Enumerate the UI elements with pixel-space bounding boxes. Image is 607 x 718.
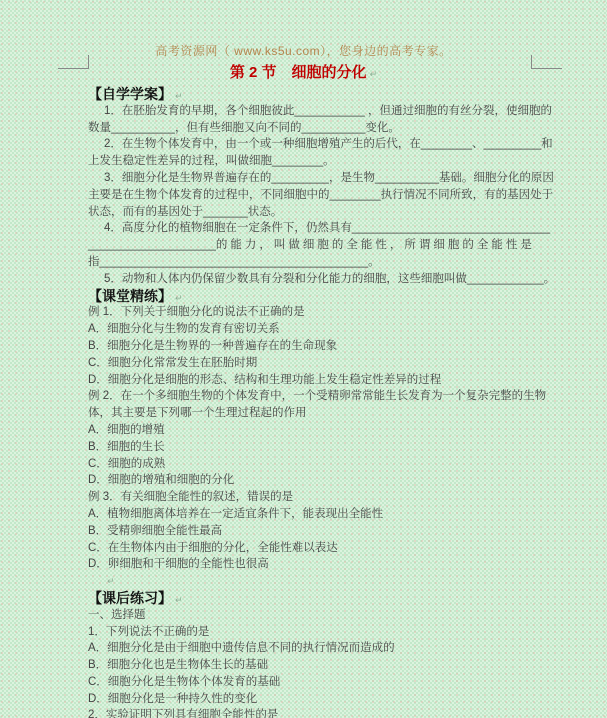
text-line-content: 体，其主要是下列哪一个生理过程起的作用: [88, 407, 307, 419]
text-line: C．在生物体内由于细胞的分化，全能性难以表达: [88, 540, 558, 557]
text-line: 一、选择题: [88, 607, 558, 624]
text-line: 5．动物和人体内仍保留少数具有分裂和分化能力的细胞，这些细胞叫做________…: [88, 271, 558, 288]
text-line-content: 【自学学案】: [88, 86, 172, 102]
paragraph-mark-icon: ↵: [175, 293, 183, 303]
text-line-content: B．细胞分化是生物界的一种普遍存在的生命现象: [88, 340, 337, 352]
document-page: 高考资源网（ www.ks5u.com），您身边的高考专家。 第 2 节 细胞的…: [0, 0, 607, 718]
text-line-content: 4．高度分化的植物细胞在一定条件下，仍然具有__________________…: [104, 222, 550, 234]
text-line-content: 1．下列说法不正确的是: [88, 626, 209, 638]
text-line: D．细胞的增殖和细胞的分化: [88, 472, 558, 489]
text-line: B．细胞分化是生物界的一种普遍存在的生命现象: [88, 338, 558, 355]
text-line: 状态，而有的基因处于_______状态。: [88, 204, 558, 221]
text-line: C．细胞分化常常发生在胚胎时期: [88, 355, 558, 372]
text-line-content: 2．实验证明下列具有细胞全能性的是: [88, 709, 278, 718]
text-line: 3．细胞分化是生物界普遍存在的_________，是生物__________基础…: [88, 170, 558, 187]
text-line-content: 【课堂精练】: [88, 288, 172, 304]
page-title: 第 2 节 细胞的分化↵: [0, 61, 607, 82]
watermark-header: 高考资源网（ www.ks5u.com），您身边的高考专家。: [0, 42, 607, 59]
text-line-content: 指_______________________________________…: [88, 256, 380, 268]
text-line-content: B．细胞的生长: [88, 441, 165, 453]
text-line: 体，其主要是下列哪一个生理过程起的作用: [88, 405, 558, 422]
blank-underline: ____________________: [88, 239, 216, 251]
text-line-content: D．卵细胞和干细胞的全能性也很高: [88, 558, 269, 570]
text-line-content: 上发生稳定性差异的过程，叫做细胞________。: [88, 155, 335, 167]
text-line-content: 的能力，叫做细胞的全能性，所谓细胞的全能性是: [216, 239, 535, 251]
text-line: B．细胞的生长: [88, 439, 558, 456]
text-line: 例 1．下列关于细胞分化的说法不正确的是: [88, 304, 558, 321]
text-line-content: D．细胞分化是细胞的形态、结构和生理功能上发生稳定性差异的过程: [88, 374, 441, 386]
paragraph-mark-icon: ↵: [175, 91, 183, 101]
text-line-content: C．细胞分化是生物体个体发育的基础: [88, 676, 280, 688]
text-line: 2．实验证明下列具有细胞全能性的是: [88, 707, 558, 718]
text-line: D．细胞分化是细胞的形态、结构和生理功能上发生稳定性差异的过程: [88, 372, 558, 389]
text-line-content: D．细胞分化是一种持久性的变化: [88, 693, 257, 705]
text-line-content: 一、选择题: [88, 609, 146, 621]
text-line: 1．在胚胎发育的早期，各个细胞彼此___________ ，但通过细胞的有丝分裂…: [88, 103, 558, 120]
text-line: 数量__________，但有些细胞又向不同的__________变化。: [88, 120, 558, 137]
text-line-content: 状态，而有的基因处于_______状态。: [88, 206, 282, 218]
text-line: C．细胞的成熟: [88, 456, 558, 473]
text-line: 2．在生物个体发育中，由一个或一种细胞增殖产生的后代，在________、___…: [88, 136, 558, 153]
text-line: A．细胞分化与生物的发育有密切关系: [88, 321, 558, 338]
text-line: 4．高度分化的植物细胞在一定条件下，仍然具有__________________…: [88, 220, 558, 237]
text-line: 1．下列说法不正确的是: [88, 624, 558, 641]
text-line-content: C．细胞的成熟: [88, 458, 165, 470]
text-line: 【课后练习】↵: [88, 590, 558, 607]
text-line: 例 2．在一个多细胞生物的个体发育中，一个受精卵常常能生长发育为一个复杂完整的生…: [88, 388, 558, 405]
text-line: ↵: [88, 573, 558, 590]
text-line-content: 3．细胞分化是生物界普遍存在的_________，是生物__________基础…: [104, 172, 554, 184]
text-line: D．细胞分化是一种持久性的变化: [88, 691, 558, 708]
text-line-content: 数量__________，但有些细胞又向不同的__________变化。: [88, 122, 400, 134]
text-line: B．受精卵细胞全能性最高: [88, 523, 558, 540]
text-line: C．细胞分化是生物体个体发育的基础: [88, 674, 558, 691]
text-line: A．细胞的增殖: [88, 422, 558, 439]
text-line: 主要是在生物个体发育的过程中，不同细胞中的________执行情况不同所致，有的…: [88, 187, 558, 204]
text-line-content: 2．在生物个体发育中，由一个或一种细胞增殖产生的后代，在________、___…: [104, 138, 553, 150]
text-line: 【自学学案】↵: [88, 86, 558, 103]
text-line: A．细胞分化是由于细胞中遗传信息不同的执行情况而造成的: [88, 640, 558, 657]
text-line: 上发生稳定性差异的过程，叫做细胞________。: [88, 153, 558, 170]
text-line-content: 主要是在生物个体发育的过程中，不同细胞中的________执行情况不同所致，有的…: [88, 189, 553, 201]
text-line-content: A．细胞分化与生物的发育有密切关系: [88, 323, 280, 335]
paragraph-mark-icon: ↵: [107, 576, 115, 586]
text-line-content: B．受精卵细胞全能性最高: [88, 525, 222, 537]
page-title-text: 第 2 节 细胞的分化: [230, 64, 367, 81]
text-line-content: 1．在胚胎发育的早期，各个细胞彼此___________ ，但通过细胞的有丝分裂…: [104, 105, 552, 117]
text-line-content: 5．动物和人体内仍保留少数具有分裂和分化能力的细胞，这些细胞叫做________…: [104, 273, 555, 285]
text-line-content: 【课后练习】: [88, 590, 172, 606]
document-body: 【自学学案】↵1．在胚胎发育的早期，各个细胞彼此___________ ，但通过…: [88, 86, 558, 718]
text-line-content: 例 3．有关细胞全能性的叙述，错误的是: [88, 491, 293, 503]
text-line-content: A．植物细胞离体培养在一定适宜条件下，能表现出全能性: [88, 508, 383, 520]
text-line: 例 3．有关细胞全能性的叙述，错误的是: [88, 489, 558, 506]
text-line-content: D．细胞的增殖和细胞的分化: [88, 474, 234, 486]
paragraph-mark-icon: ↵: [370, 69, 378, 79]
text-line: 【课堂精练】↵: [88, 288, 558, 305]
text-line-content: 例 2．在一个多细胞生物的个体发育中，一个受精卵常常能生长发育为一个复杂完整的生…: [88, 390, 546, 402]
text-line: 指_______________________________________…: [88, 254, 558, 271]
text-line-content: A．细胞分化是由于细胞中遗传信息不同的执行情况而造成的: [88, 642, 395, 654]
text-line-content: 例 1．下列关于细胞分化的说法不正确的是: [88, 306, 305, 318]
text-line: D．卵细胞和干细胞的全能性也很高: [88, 556, 558, 573]
text-line-content: B．细胞分化也是生物体生长的基础: [88, 659, 268, 671]
text-line: B．细胞分化也是生物体生长的基础: [88, 657, 558, 674]
paragraph-mark-icon: ↵: [175, 595, 183, 605]
text-line-content: C．在生物体内由于细胞的分化，全能性难以表达: [88, 542, 338, 554]
text-line: A．植物细胞离体培养在一定适宜条件下，能表现出全能性: [88, 506, 558, 523]
text-line-content: A．细胞的增殖: [88, 424, 165, 436]
text-line: ____________________的能力，叫做细胞的全能性，所谓细胞的全能…: [88, 237, 558, 254]
text-line-content: C．细胞分化常常发生在胚胎时期: [88, 357, 257, 369]
